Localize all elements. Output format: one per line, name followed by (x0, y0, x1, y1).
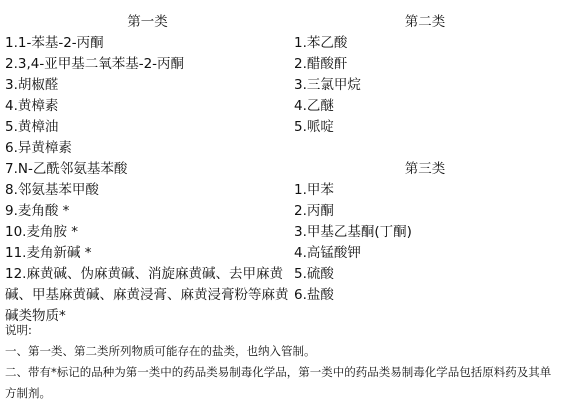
category-two-three-column: 第二类 1.苯乙酸 2.醋酸酐 3.三氯甲烷 4.乙醚 5.哌啶 第三类 1.甲… (294, 0, 556, 306)
list-item: 3.胡椒醛 (5, 75, 290, 96)
list-item: 1.1-苯基-2-丙酮 (5, 33, 290, 54)
list-item: 3.甲基乙基酮(丁酮) (294, 222, 556, 243)
list-item: 10.麦角胺 * (5, 222, 290, 243)
list-item: 5.黄樟油 (5, 117, 290, 138)
note-line: 一、第一类、第二类所列物质可能存在的盐类，也纳入管制。 (5, 341, 557, 362)
list-item: 11.麦角新碱 * (5, 243, 290, 264)
list-item: 4.黄樟素 (5, 96, 290, 117)
list-item: 1.甲苯 (294, 180, 556, 201)
list-item: 8.邻氨基苯甲酸 (5, 180, 290, 201)
list-item: 9.麦角酸 * (5, 201, 290, 222)
list-item: 2.3,4-亚甲基二氧苯基-2-丙酮 (5, 54, 290, 75)
list-item: 6.盐酸 (294, 285, 556, 306)
list-item: 5.哌啶 (294, 117, 556, 138)
notes-section: 说明: 一、第一类、第二类所列物质可能存在的盐类，也纳入管制。 二、带有*标记的… (5, 320, 557, 404)
list-item: 5.硫酸 (294, 264, 556, 285)
list-item: 12.麻黄碱、伪麻黄碱、消旋麻黄碱、去甲麻黄碱、甲基麻黄碱、麻黄浸膏、麻黄浸膏粉… (5, 264, 290, 327)
list-item: 6.异黄樟素 (5, 138, 290, 159)
category-one-column: 第一类 1.1-苯基-2-丙酮 2.3,4-亚甲基二氧苯基-2-丙酮 3.胡椒醛… (5, 0, 290, 327)
list-item: 2.醋酸酐 (294, 54, 556, 75)
note-line: 二、带有*标记的品种为第一类中的药品类易制毒化学品，第一类中的药品类易制毒化学品… (5, 362, 557, 404)
list-item: 7.N-乙酰邻氨基苯酸 (5, 159, 290, 180)
notes-heading: 说明: (5, 320, 557, 341)
list-item: 4.乙醚 (294, 96, 556, 117)
list-item: 2.丙酮 (294, 201, 556, 222)
category-three-title: 第三类 (294, 159, 556, 180)
category-two-title: 第二类 (294, 12, 556, 33)
list-item: 3.三氯甲烷 (294, 75, 556, 96)
category-one-title: 第一类 (5, 12, 290, 33)
spacer (294, 138, 556, 159)
list-item: 1.苯乙酸 (294, 33, 556, 54)
list-item: 4.高锰酸钾 (294, 243, 556, 264)
